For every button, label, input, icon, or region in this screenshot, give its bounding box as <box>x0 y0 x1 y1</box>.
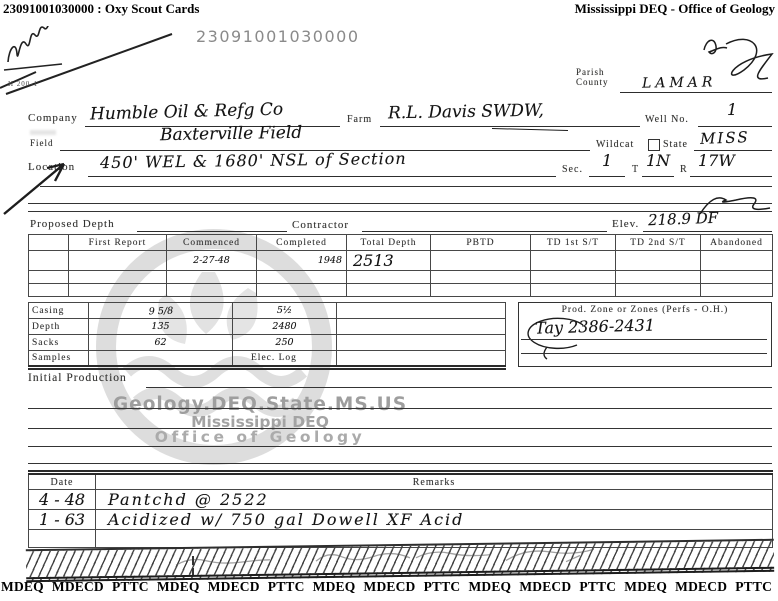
sacks-value-1: 62 <box>89 335 233 351</box>
contractor-underline <box>362 231 607 232</box>
ruled-line <box>28 428 772 429</box>
company-value: Humble Oil & Refg Co <box>90 99 284 124</box>
sacks-row-label: Sacks <box>29 335 89 351</box>
range-underline <box>690 176 772 177</box>
prod-zone-line <box>521 353 767 354</box>
header-completed: Completed <box>257 235 347 251</box>
ruled-line <box>28 408 772 409</box>
elev-label: Elev. <box>612 218 639 230</box>
remarks-table: Date Remarks 4 - 48 Pantchd @ 2522 1 - 6… <box>28 470 773 548</box>
first-report-cell <box>69 251 167 271</box>
empty-cell <box>616 284 701 297</box>
township-value: 1N <box>646 151 670 170</box>
empty-cell <box>69 271 167 284</box>
wildcat-label: Wildcat <box>596 139 634 150</box>
header-abandoned: Abandoned <box>701 235 773 251</box>
empty-cell <box>29 284 69 297</box>
empty-cell <box>337 319 506 335</box>
empty-cell <box>337 351 506 368</box>
header-first-report: First Report <box>69 235 167 251</box>
location-value: 450' WEL & 1680' NSL of Section <box>100 149 407 172</box>
county-label: Parish County <box>576 67 609 87</box>
header-total-depth: Total Depth <box>347 235 431 251</box>
proposed-depth-underline <box>137 231 287 232</box>
empty-cell <box>89 351 233 368</box>
empty-cell <box>701 251 773 271</box>
field-label-smudge <box>30 130 56 135</box>
empty-cell <box>29 235 69 251</box>
well-no-label: Well No. <box>645 114 689 125</box>
remark-row-text: Acidized w/ 750 gal Dowell XF Acid <box>96 510 773 530</box>
state-label: State <box>663 139 688 150</box>
empty-cell <box>257 271 347 284</box>
ruled-line <box>40 186 772 187</box>
contractor-label: Contractor <box>292 219 349 231</box>
total-depth-value: 2513 <box>347 251 431 271</box>
remark-row-date: 1 - 63 <box>29 510 96 530</box>
empty-cell <box>531 284 616 297</box>
elev-underline <box>643 231 772 232</box>
township-underline <box>642 176 674 177</box>
empty-cell <box>616 251 701 271</box>
empty-cell <box>701 284 773 297</box>
farm-value: R.L. Davis SWDW, <box>388 101 544 124</box>
location-underline <box>88 176 556 177</box>
empty-cell <box>69 284 167 297</box>
ruled-line <box>28 446 772 447</box>
depth-value-1: 135 <box>89 319 233 335</box>
empty-cell <box>531 271 616 284</box>
empty-cell <box>431 251 531 271</box>
empty-cell <box>167 271 257 284</box>
registration-tick <box>192 556 194 565</box>
remarks-header: Remarks <box>96 473 773 490</box>
watermark-line1: Geology.DEQ.State.MS.US <box>105 394 415 415</box>
header-pbtd: PBTD <box>431 235 531 251</box>
remark-row-text: Pantchd @ 2522 <box>96 490 773 510</box>
range-label: R <box>680 164 688 175</box>
empty-cell <box>337 303 506 319</box>
depth-row-label: Depth <box>29 319 89 335</box>
completed-value: 1948 <box>257 251 347 271</box>
proposed-depth-label: Proposed Depth <box>30 218 115 230</box>
farm-label: Farm <box>347 114 372 125</box>
empty-cell <box>616 271 701 284</box>
range-value: 17W <box>698 151 735 170</box>
casing-table: Casing 9 5/8 5½ Depth 135 2480 Sacks 62 … <box>28 302 506 370</box>
county-underline <box>620 92 772 93</box>
viewer-title: 23091001030000 : Oxy Scout Cards <box>3 1 199 17</box>
county-label-line2: County <box>576 77 609 87</box>
remark-row-date: 4 - 48 <box>29 490 96 510</box>
header-td-2nd: TD 2nd S/T <box>616 235 701 251</box>
initial-production-underline <box>146 387 772 388</box>
field-label: Field <box>30 138 54 148</box>
empty-cell <box>337 335 506 351</box>
ruled-line <box>28 463 772 464</box>
field-value: Baxterville Field <box>160 123 303 145</box>
sec-label: Sec. <box>562 164 583 175</box>
empty-cell <box>531 251 616 271</box>
watermark-line3: Office of Geology <box>105 428 415 446</box>
well-no-underline <box>698 126 772 127</box>
county-value: LAMAR <box>642 74 717 91</box>
wildcat-checkbox <box>648 139 660 151</box>
prod-zone-box: Prod. Zone or Zones (Perfs - O.H.) Tay 2… <box>518 302 772 367</box>
scout-card-page: Geology.DEQ.State.MS.US Mississippi DEQ … <box>0 0 778 601</box>
casing-row-label: Casing <box>29 303 89 319</box>
casing-size-2: 5½ <box>233 303 337 319</box>
viewer-source-title: Mississippi DEQ - Office of Geology <box>575 1 775 17</box>
drilling-dates-table: First Report Commenced Completed Total D… <box>28 234 773 297</box>
empty-cell <box>29 271 69 284</box>
farm-value-flourish <box>492 128 568 131</box>
empty-cell <box>347 284 431 297</box>
sec-value: 1 <box>602 151 612 170</box>
footer-ticker: MDEQ MDECD PTTC MDEQ MDECD PTTC MDEQ MDE… <box>1 579 778 595</box>
county-label-line1: Parish <box>576 67 609 77</box>
reviewer-initials-icon <box>690 24 776 82</box>
state-value: MISS <box>700 128 750 148</box>
empty-cell <box>431 271 531 284</box>
depth-value-2: 2480 <box>233 319 337 335</box>
empty-cell <box>431 284 531 297</box>
empty-cell <box>701 271 773 284</box>
empty-cell <box>29 251 69 271</box>
farm-underline <box>380 126 640 127</box>
elev-scribble-icon <box>690 188 776 220</box>
form-number: H 200-1 <box>8 80 38 88</box>
initial-production-label: Initial Production <box>28 372 127 384</box>
township-label: T <box>632 164 639 175</box>
header-commenced: Commenced <box>167 235 257 251</box>
samples-row-label: Samples <box>29 351 89 368</box>
empty-cell <box>29 530 96 548</box>
well-no-value: 1 <box>727 100 737 119</box>
commenced-value: 2-27-48 <box>167 251 257 271</box>
registration-tick <box>192 568 194 575</box>
date-header: Date <box>29 473 96 490</box>
sacks-value-2: 250 <box>233 335 337 351</box>
empty-cell <box>347 271 431 284</box>
prod-zone-line <box>521 339 767 340</box>
sec-underline <box>589 176 625 177</box>
document-number-stamp: 23091001030000 <box>196 27 360 46</box>
header-td-1st: TD 1st S/T <box>531 235 616 251</box>
elec-log-label: Elec. Log <box>233 351 337 368</box>
ruled-line <box>28 203 772 204</box>
company-label: Company <box>28 112 78 124</box>
empty-cell <box>257 284 347 297</box>
empty-cell <box>167 284 257 297</box>
